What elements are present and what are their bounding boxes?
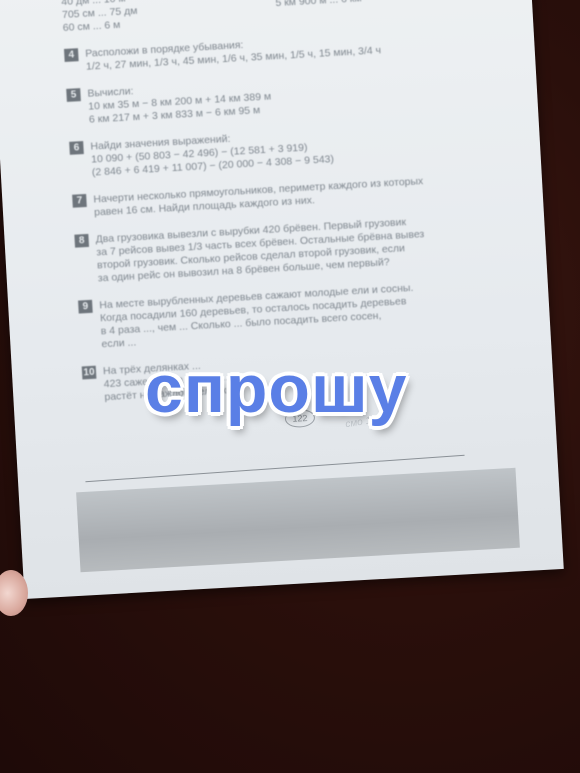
task-number-badge: 6	[69, 141, 84, 155]
overlay-sticker-text: спрошу	[145, 350, 407, 428]
task-number-badge: 10	[82, 366, 97, 380]
task-number-badge: 4	[64, 48, 79, 62]
task-number-badge: 8	[74, 234, 89, 248]
task-text: На месте вырубленных деревьев сажают мол…	[99, 277, 500, 351]
measure-left: 60 см ... 6 м	[62, 19, 120, 35]
task-number-badge: 5	[66, 88, 81, 102]
task-text: Расположи в порядке убывания:1/2 ч, 27 м…	[85, 26, 485, 74]
task-item: 8Два грузовика вывезли с вырубки 420 брё…	[74, 211, 496, 286]
task-text: Два грузовика вывезли с вырубки 420 брёв…	[95, 211, 496, 285]
task-number-badge: 7	[72, 194, 87, 208]
task-item: 5Вычисли:10 км 35 м − 8 км 200 м + 14 км…	[66, 65, 488, 127]
task-number-badge: 9	[78, 300, 93, 314]
task-text: Вычисли:10 км 35 м − 8 км 200 м + 14 км …	[87, 65, 488, 126]
task-text: Начерти несколько прямоугольников, перим…	[93, 171, 493, 219]
page-content: 40 дм ... 10 м 15 км ... 1 500 м 705 см …	[61, 0, 503, 405]
task-item: 9На месте вырубленных деревьев сажают мо…	[78, 277, 500, 352]
task-list: 4Расположи в порядке убывания:1/2 ч, 27 …	[64, 26, 503, 406]
task-item: 7Начерти несколько прямоугольников, пери…	[72, 171, 493, 220]
task-item: 4Расположи в порядке убывания:1/2 ч, 27 …	[64, 26, 485, 75]
finger	[0, 570, 28, 616]
task-item: 6Найди значения выражений:10 090 + (50 8…	[69, 118, 491, 180]
task-text: Найди значения выражений:10 090 + (50 80…	[90, 118, 491, 179]
